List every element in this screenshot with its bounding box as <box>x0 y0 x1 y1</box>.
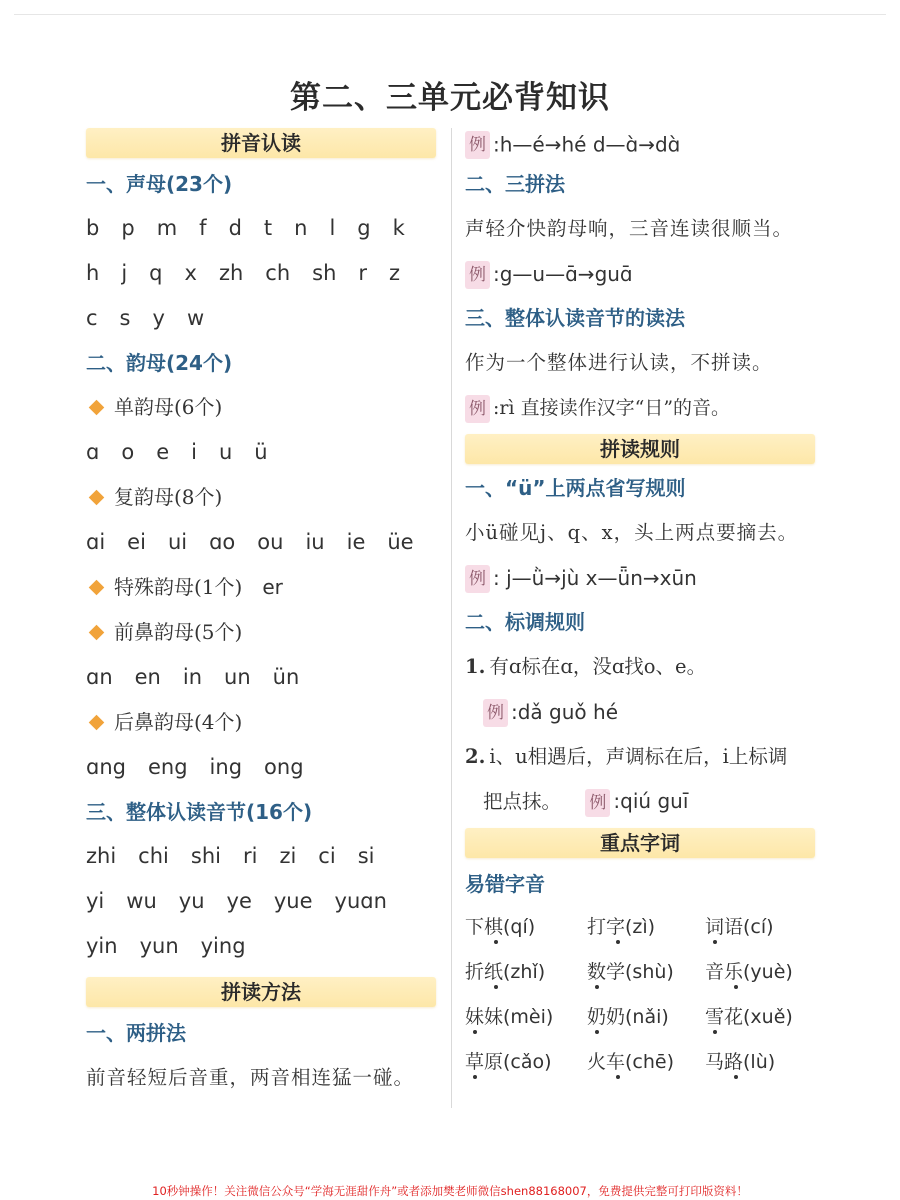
pinyin-item: t <box>264 206 272 251</box>
emphasis-dot-icon <box>616 940 620 944</box>
tone-rule-2-cont: 把点抹。 例:qiú guī <box>465 779 815 824</box>
page-title: 第二、三单元必背知识 <box>0 72 900 117</box>
example-text: :dǎ guǒ hé <box>511 700 618 724</box>
pinyin-item: wu <box>126 879 157 924</box>
umlaut-rule-example: 例: j—ǜ→jù x—ǖn→xūn <box>465 555 815 600</box>
rule-text: 有ɑ标在ɑ，没ɑ找o、e。 <box>489 655 706 678</box>
pinyin-item: ri <box>243 834 257 879</box>
word-item: 打字(zì) <box>587 906 705 951</box>
example-badge: 例 <box>465 565 490 593</box>
sub-houbi-yunmu: 后鼻韵母(4个) <box>86 700 436 745</box>
pinyin-item: si <box>358 834 375 879</box>
example-badge: 例 <box>483 699 508 727</box>
emphasis-dot-icon <box>595 985 599 989</box>
shengmu-row-3: csyw <box>86 296 436 341</box>
heading-zhengti-read: 三、整体认读音节的读法 <box>465 296 815 340</box>
diamond-bullet-icon <box>89 489 105 505</box>
rule-text-cont: 把点抹。 <box>483 790 561 813</box>
tone-rule-2: 2.i、u相遇后，声调标在后，i上标调 <box>465 734 815 779</box>
example-text: : j—ǜ→jù x—ǖn→xūn <box>493 566 697 590</box>
zhengti-row-2: yiwuyuyeyueyuɑn <box>86 879 436 924</box>
word-item: 火车(chē) <box>587 1041 705 1086</box>
emphasis-dot-icon <box>734 1075 738 1079</box>
pinyin-item: k <box>393 206 405 251</box>
pinyin-item: b <box>86 206 99 251</box>
pinyin-item: c <box>86 296 98 341</box>
pinyin-item: ei <box>127 520 146 565</box>
pinyin-item: h <box>86 251 99 296</box>
word-item: 下棋(qí) <box>465 906 587 951</box>
tone-rule-1: 1.有ɑ标在ɑ，没ɑ找o、e。 <box>465 644 815 689</box>
pinyin-item: sh <box>312 251 336 296</box>
sub-fu-yunmu: 复韵母(8个) <box>86 475 436 520</box>
qianbi-yunmu-row: ɑneninunün <box>86 655 436 700</box>
sub-dan-yunmu: 单韵母(6个) <box>86 385 436 430</box>
example-badge: 例 <box>585 789 610 817</box>
zhengti-read-example: 例:rì 直接读作汉字“日”的音。 <box>465 385 815 430</box>
pinyin-item: ü <box>254 430 267 475</box>
footer-promo-text: 10秒钟操作！关注微信公众号“学海无涯甜作舟”或者添加樊老师微信shen8816… <box>0 1183 900 1199</box>
pinyin-item: ɑo <box>209 520 235 565</box>
liangpin-example: 例:h—é→hé d—ɑ̀→dɑ̀ <box>465 124 815 162</box>
emphasis-dot-icon <box>713 940 717 944</box>
pinyin-item: ch <box>265 251 290 296</box>
emphasis-dot-icon <box>494 940 498 944</box>
pinyin-item: y <box>153 296 165 341</box>
word-item: 数学(shù) <box>587 951 705 996</box>
emphasis-dot-icon <box>473 1075 477 1079</box>
section-bar-pinyin-rules: 拼读规则 <box>465 434 815 464</box>
sanpin-text: 声轻介快韵母响，三音连读很顺当。 <box>465 206 815 251</box>
liangpin-text: 前音轻短后音重，两音相连猛一碰。 <box>86 1055 436 1100</box>
pinyin-item: ie <box>347 520 366 565</box>
pinyin-item: zi <box>279 834 296 879</box>
example-text: :g—u—ɑ̄→guɑ̄ <box>493 262 633 286</box>
umlaut-rule-text: 小ü碰见j、q、x，头上两点要摘去。 <box>465 510 815 555</box>
heading-shengmu: 一、声母(23个) <box>86 162 436 206</box>
pinyin-item: ong <box>264 745 304 790</box>
heading-tone-rule: 二、标调规则 <box>465 600 815 644</box>
sanpin-example: 例:g—u—ɑ̄→guɑ̄ <box>465 251 815 296</box>
word-item: 折纸(zhǐ) <box>465 951 587 996</box>
pinyin-item: s <box>120 296 131 341</box>
pinyin-item: zh <box>219 251 243 296</box>
pinyin-item: f <box>199 206 206 251</box>
emphasis-dot-icon <box>713 1030 717 1034</box>
emphasis-dot-icon <box>595 1030 599 1034</box>
pinyin-item: yuɑn <box>335 879 387 924</box>
pinyin-item: ci <box>318 834 335 879</box>
sub-qianbi-yunmu: 前鼻韵母(5个) <box>86 610 436 655</box>
pinyin-item: j <box>121 251 127 296</box>
diamond-bullet-icon <box>89 579 105 595</box>
top-rule <box>14 14 886 15</box>
pinyin-item: yi <box>86 879 104 924</box>
tone-rule-1-example: 例:dǎ guǒ hé <box>465 689 815 734</box>
diamond-bullet-icon <box>89 399 105 415</box>
pinyin-item: p <box>121 206 134 251</box>
heading-zhengti: 三、整体认读音节(16个) <box>86 790 436 834</box>
pinyin-item: üe <box>387 520 413 565</box>
pinyin-item: d <box>229 206 242 251</box>
example-badge: 例 <box>465 261 490 289</box>
word-item: 草原(cǎo) <box>465 1041 587 1086</box>
rule-number: 2. <box>465 745 485 768</box>
pinyin-item: ɑn <box>86 655 113 700</box>
emphasis-dot-icon <box>473 1030 477 1034</box>
shengmu-row-1: bpmfdtnlgk <box>86 206 436 251</box>
pinyin-item: u <box>219 430 232 475</box>
pinyin-item: eng <box>148 745 188 790</box>
qianbi-yunmu-label: 前鼻韵母(5个) <box>114 620 242 644</box>
word-item: 奶奶(nǎi) <box>587 996 705 1041</box>
pinyin-item: shi <box>191 834 221 879</box>
pinyin-item: r <box>358 251 367 296</box>
heading-liangpin: 一、两拼法 <box>86 1011 436 1055</box>
pinyin-item: o <box>121 430 134 475</box>
pinyin-item: yu <box>179 879 205 924</box>
emphasis-dot-icon <box>494 985 498 989</box>
example-text: :rì 直接读作汉字“日”的音。 <box>493 397 730 419</box>
teshu-yunmu-item: er <box>262 575 283 599</box>
pinyin-item: ing <box>210 745 242 790</box>
heading-yunmu: 二、韵母(24个) <box>86 341 436 385</box>
word-item: 妹妹(mèi) <box>465 996 587 1041</box>
pinyin-item: chi <box>138 834 169 879</box>
section-bar-key-words: 重点字词 <box>465 828 815 858</box>
pinyin-item: en <box>135 655 161 700</box>
pinyin-item: l <box>329 206 335 251</box>
heading-yicuo: 易错字音 <box>465 862 815 906</box>
pinyin-item: ying <box>201 924 246 969</box>
pinyin-item: yue <box>274 879 313 924</box>
word-item: 雪花(xuě) <box>705 996 815 1041</box>
shengmu-row-2: hjqxzhchshrz <box>86 251 436 296</box>
dan-yunmu-label: 单韵母(6个) <box>114 395 222 419</box>
pinyin-item: un <box>224 655 251 700</box>
pinyin-item: z <box>389 251 400 296</box>
fu-yunmu-label: 复韵母(8个) <box>114 485 222 509</box>
emphasis-dot-icon <box>734 985 738 989</box>
example-badge: 例 <box>465 395 490 423</box>
zhengti-read-text: 作为一个整体进行认读，不拼读。 <box>465 340 815 385</box>
left-column: 拼音认读 一、声母(23个) bpmfdtnlgk hjqxzhchshrz c… <box>86 128 436 1100</box>
pinyin-item: ui <box>168 520 187 565</box>
example-text: :h—é→hé d—ɑ̀→dɑ̀ <box>493 133 680 157</box>
dan-yunmu-row: ɑoeiuü <box>86 430 436 475</box>
zhengti-row-1: zhichishirizicisi <box>86 834 436 879</box>
zhengti-row-3: yinyunying <box>86 924 436 969</box>
section-bar-pinyin-method: 拼读方法 <box>86 977 436 1007</box>
pinyin-item: yun <box>140 924 179 969</box>
example-badge: 例 <box>465 131 490 159</box>
word-item: 马路(lù) <box>705 1041 815 1086</box>
section-bar-pinyin-reading: 拼音认读 <box>86 128 436 158</box>
rule-text: i、u相遇后，声调标在后，i上标调 <box>489 745 787 768</box>
houbi-yunmu-label: 后鼻韵母(4个) <box>114 710 242 734</box>
teshu-yunmu-label: 特殊韵母(1个) <box>114 575 242 599</box>
rule-number: 1. <box>465 655 485 678</box>
pinyin-item: ɑ <box>86 430 99 475</box>
pinyin-item: yin <box>86 924 118 969</box>
pinyin-item: q <box>149 251 162 296</box>
houbi-yunmu-row: ɑngengingong <box>86 745 436 790</box>
heading-sanpin: 二、三拼法 <box>465 162 815 206</box>
yicuo-word-grid: 下棋(qí) 打字(zì) 词语(cí) 折纸(zhǐ) 数学(shù) 音乐(… <box>465 906 815 1086</box>
pinyin-item: x <box>185 251 197 296</box>
pinyin-item: m <box>157 206 177 251</box>
diamond-bullet-icon <box>89 714 105 730</box>
sub-teshu-yunmu: 特殊韵母(1个)er <box>86 565 436 610</box>
pinyin-item: ou <box>257 520 283 565</box>
pinyin-item: in <box>183 655 202 700</box>
right-column: 例:h—é→hé d—ɑ̀→dɑ̀ 二、三拼法 声轻介快韵母响，三音连读很顺当。… <box>465 128 815 1086</box>
diamond-bullet-icon <box>89 624 105 640</box>
heading-umlaut-rule: 一、“ü”上两点省写规则 <box>465 466 815 510</box>
pinyin-item: n <box>294 206 307 251</box>
pinyin-item: i <box>191 430 197 475</box>
word-item: 词语(cí) <box>705 906 815 951</box>
pinyin-item: iu <box>305 520 324 565</box>
pinyin-item: ün <box>273 655 300 700</box>
pinyin-item: ɑng <box>86 745 126 790</box>
pinyin-item: ye <box>227 879 252 924</box>
example-text: :qiú guī <box>613 789 688 813</box>
column-divider <box>451 128 452 1108</box>
fu-yunmu-row: ɑieiuiɑoouiuieüe <box>86 520 436 565</box>
pinyin-item: g <box>357 206 370 251</box>
pinyin-item: ɑi <box>86 520 105 565</box>
pinyin-item: w <box>187 296 204 341</box>
emphasis-dot-icon <box>616 1075 620 1079</box>
pinyin-item: zhi <box>86 834 116 879</box>
pinyin-item: e <box>156 430 169 475</box>
word-item: 音乐(yuè) <box>705 951 815 996</box>
